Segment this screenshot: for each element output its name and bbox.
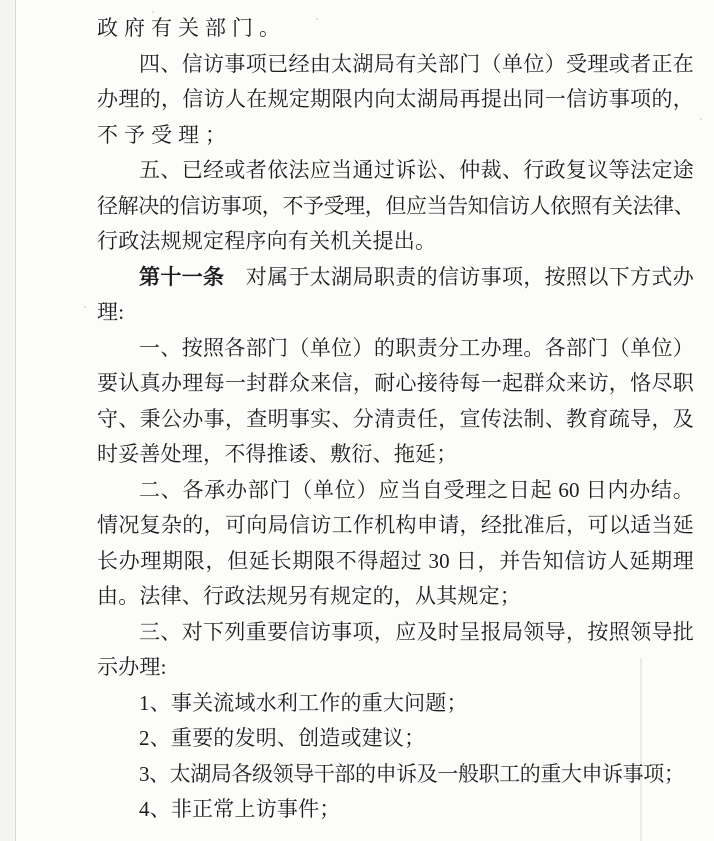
scan-speck	[700, 118, 702, 120]
text-line: 要认真办理每一封群众来信，耐心接待每一起群众来访，恪尽职	[97, 366, 694, 402]
text-line-content: 不予受理；	[97, 123, 232, 147]
text-line: 一、按照各部门（单位）的职责分工办理。各部门（单位）	[97, 331, 694, 367]
text-line-content: 3、太湖局各级领导干部的申诉及一般职工的重大申诉事项；	[139, 762, 684, 786]
text-line: 办理的，信访人在规定期限内向太湖局再提出同一信访事项的，	[97, 82, 694, 118]
text-line: 4、非正常上访事件；	[97, 792, 694, 828]
text-line: 2、重要的发明、创造或建议；	[97, 721, 694, 757]
scan-speck	[84, 306, 86, 308]
text-line-content: 五、已经或者依法应当通过诉讼、仲裁、行政复议等法定途	[139, 158, 694, 182]
text-line-content: 示办理:	[97, 655, 167, 679]
text-line-content: 长办理期限，但延长期限不得超过 30 日，并告知信访人延期理	[97, 549, 694, 573]
text-line: 长办理期限，但延长期限不得超过 30 日，并告知信访人延期理	[97, 544, 694, 580]
text-line-content: 办理的，信访人在规定期限内向太湖局再提出同一信访事项的，	[97, 87, 694, 111]
text-line: 二、各承办部门（单位）应当自受理之日起 60 日内办结。	[97, 473, 694, 509]
text-line: 第十一条 对属于太湖局职责的信访事项，按照以下方式办	[97, 260, 694, 296]
text-line-content: 4、非正常上访事件；	[139, 797, 341, 821]
text-line-content: 由。法律、行政法规另有规定的，从其规定；	[97, 584, 521, 608]
text-line: 由。法律、行政法规另有规定的，从其规定；	[97, 579, 694, 615]
article-number: 第十一条	[139, 265, 224, 289]
text-line: 时妥善处理，不得推诿、敷衍、拖延；	[97, 437, 694, 473]
text-line-content: 四、信访事项已经由太湖局有关部门（单位）受理或者正在	[139, 52, 694, 76]
text-line-content: 时妥善处理，不得推诿、敷衍、拖延；	[97, 442, 457, 466]
text-line: 三、对下列重要信访事项，应及时呈报局领导，按照领导批	[97, 615, 694, 651]
text-line-content: 要认真办理每一封群众来信，耐心接待每一起群众来访，恪尽职	[97, 371, 694, 395]
text-line-content: 理:	[97, 300, 124, 324]
text-line-content: 三、对下列重要信访事项，应及时呈报局领导，按照领导批	[139, 620, 694, 644]
text-line: 理:	[97, 295, 694, 331]
text-line: 守、秉公办事，查明事实、分清责任，宣传法制、教育疏导，及	[97, 402, 694, 438]
text-line-content: 径解决的信访事项，不予受理，但应当告知信访人依照有关法律、	[97, 194, 694, 218]
text-line-content: 行政法规规定程序向有关机关提出。	[97, 229, 436, 253]
text-line: 不予受理；	[97, 118, 694, 154]
text-line: 3、太湖局各级领导干部的申诉及一般职工的重大申诉事项；	[97, 757, 694, 793]
text-line-content: 2、重要的发明、创造或建议；	[139, 726, 425, 750]
text-line: 五、已经或者依法应当通过诉讼、仲裁、行政复议等法定途	[97, 153, 694, 189]
text-line-content: 守、秉公办事，查明事实、分清责任，宣传法制、教育疏导，及	[97, 407, 694, 431]
text-line: 行政法规规定程序向有关机关提出。	[97, 224, 694, 260]
scanned-document-page: { "colors": { "background": "#fcfcfb", "…	[0, 0, 714, 841]
text-line-content: 二、各承办部门（单位）应当自受理之日起 60 日内办结。	[139, 478, 694, 502]
text-line: 四、信访事项已经由太湖局有关部门（单位）受理或者正在	[97, 47, 694, 83]
scan-left-margin-strip	[0, 0, 15, 841]
scan-left-edge-line	[15, 0, 16, 841]
text-line: 示办理:	[97, 650, 694, 686]
text-line: 情况复杂的，可向局信访工作机构申请，经批准后，可以适当延	[97, 508, 694, 544]
text-line-content: 一、按照各部门（单位）的职责分工办理。各部门（单位）	[139, 336, 694, 360]
text-line-content: 情况复杂的，可向局信访工作机构申请，经批准后，可以适当延	[97, 513, 694, 537]
text-line-content: 对属于太湖局职责的信访事项，按照以下方式办	[224, 265, 694, 289]
text-line-content: 政府有关部门。	[97, 16, 286, 40]
text-line: 1、事关流域水利工作的重大问题；	[97, 686, 694, 722]
text-line: 径解决的信访事项，不予受理，但应当告知信访人依照有关法律、	[97, 189, 694, 225]
text-line-content: 1、事关流域水利工作的重大问题；	[139, 691, 468, 715]
text-line: 政府有关部门。	[97, 11, 694, 47]
document-body: 政府有关部门。四、信访事项已经由太湖局有关部门（单位）受理或者正在办理的，信访人…	[97, 11, 694, 828]
